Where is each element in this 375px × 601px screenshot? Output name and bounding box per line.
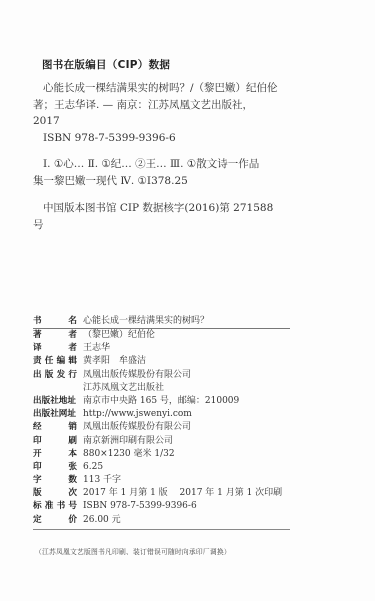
colophon-row: 出版发行凤凰出版传媒股份有限公司 bbox=[33, 369, 290, 382]
colophon-value: 南京市中央路 165 号，邮编：210009 bbox=[83, 395, 239, 408]
colophon-row: 责任编辑黄孝阳 牟盛洁 bbox=[33, 355, 290, 368]
colophon-value: 6.25 bbox=[83, 461, 103, 474]
colophon-value: 2017 年 1 月第 1 版 2017 年 1 月第 1 次印刷 bbox=[83, 487, 282, 500]
colophon-value: 凤凰出版传媒股份有限公司 bbox=[83, 421, 191, 434]
colophon-rows: 著者（黎巴嫩）纪伯伦译者王志华责任编辑黄孝阳 牟盛洁出版发行凤凰出版传媒股份有限… bbox=[33, 329, 290, 527]
bottom-rule bbox=[33, 529, 290, 530]
colophon-label: 经销 bbox=[33, 421, 77, 434]
colophon-value: （黎巴嫩）纪伯伦 bbox=[83, 329, 155, 342]
colophon-label: 出版社网址 bbox=[33, 408, 77, 421]
cip-classification-line-1: Ⅰ. ①心… Ⅱ. ①纪… ②王… Ⅲ. ①散文诗一作品 bbox=[33, 156, 278, 173]
colophon: 书 名 心能长成一棵结满果实的树吗？ 著者（黎巴嫩）纪伯伦译者王志华责任编辑黄孝… bbox=[33, 313, 290, 530]
colophon-label: 开本 bbox=[33, 448, 77, 461]
colophon-row: 出版社地址南京市中央路 165 号，邮编：210009 bbox=[33, 395, 290, 408]
cip-record: 心能长成一棵结满果实的树吗？/（黎巴嫩）纪伯伦 著；王志华译. — 南京：江苏凤… bbox=[33, 80, 278, 233]
colophon-label: 印张 bbox=[33, 461, 77, 474]
colophon-row: 版次2017 年 1 月第 1 版 2017 年 1 月第 1 次印刷 bbox=[33, 487, 290, 500]
colophon-row: 印张6.25 bbox=[33, 461, 290, 474]
colophon-row: 经销凤凰出版传媒股份有限公司 bbox=[33, 421, 290, 434]
cip-isbn: ISBN 978-7-5399-9396-6 bbox=[33, 130, 278, 147]
colophon-label: 著者 bbox=[33, 329, 77, 342]
colophon-label: 译者 bbox=[33, 342, 77, 355]
colophon-label: 版次 bbox=[33, 487, 77, 500]
colophon-value: 113 千字 bbox=[83, 474, 121, 487]
colophon-label: 字数 bbox=[33, 474, 77, 487]
colophon-row: 字数113 千字 bbox=[33, 474, 290, 487]
colophon-label: 标准书号 bbox=[33, 500, 77, 513]
cip-record-number: 中国版本图书馆 CIP 数据核字(2016)第 271588 号 bbox=[33, 200, 278, 233]
colophon-row: 标准书号ISBN 978-7-5399-9396-6 bbox=[33, 500, 290, 513]
colophon-row: 著者（黎巴嫩）纪伯伦 bbox=[33, 329, 290, 342]
colophon-row: 出版社网址http://www.jswenyi.com bbox=[33, 408, 290, 421]
colophon-label: 出版发行 bbox=[33, 369, 77, 382]
cip-entry-line-2: 著；王志华译. — 南京：江苏凤凰文艺出版社，2017 bbox=[33, 97, 278, 130]
colophon-label: 印刷 bbox=[33, 435, 77, 448]
colophon-title-row: 书 名 心能长成一棵结满果实的树吗？ bbox=[33, 313, 290, 329]
colophon-label: 出版社地址 bbox=[33, 395, 77, 408]
colophon-row: 定价26.00 元 bbox=[33, 514, 290, 527]
cip-classification-line-2: 集一黎巴嫩一现代 Ⅳ. ①I378.25 bbox=[33, 173, 278, 190]
cip-heading: 图书在版编目（CIP）数据 bbox=[42, 57, 170, 72]
colophon-row: 印刷南京新洲印刷有限公司 bbox=[33, 435, 290, 448]
colophon-value: 黄孝阳 牟盛洁 bbox=[83, 355, 146, 368]
colophon-row: 江苏凤凰文艺出版社 bbox=[33, 382, 290, 395]
colophon-value: 江苏凤凰文艺出版社 bbox=[83, 382, 164, 395]
colophon-value: http://www.jswenyi.com bbox=[83, 408, 192, 421]
colophon-label: 责任编辑 bbox=[33, 355, 77, 368]
colophon-label: 书 名 bbox=[33, 314, 77, 326]
colophon-value: 凤凰出版传媒股份有限公司 bbox=[83, 369, 191, 382]
colophon-row: 开本880×1230 毫米 1/32 bbox=[33, 448, 290, 461]
colophon-value: 880×1230 毫米 1/32 bbox=[83, 448, 175, 461]
colophon-value: 南京新洲印刷有限公司 bbox=[83, 435, 173, 448]
copyright-page: 图书在版编目（CIP）数据 心能长成一棵结满果实的树吗？/（黎巴嫩）纪伯伦 著；… bbox=[0, 0, 375, 601]
footnote: （江苏凤凰文艺版图书凡印刷、装订错误可随时向承印厂调换） bbox=[35, 546, 231, 556]
colophon-row: 译者王志华 bbox=[33, 342, 290, 355]
colophon-value: 王志华 bbox=[83, 342, 110, 355]
colophon-value: ISBN 978-7-5399-9396-6 bbox=[83, 500, 197, 513]
cip-entry-line-1: 心能长成一棵结满果实的树吗？/（黎巴嫩）纪伯伦 bbox=[33, 80, 278, 97]
colophon-value: 26.00 元 bbox=[83, 514, 121, 527]
book-title: 心能长成一棵结满果实的树吗？ bbox=[83, 313, 209, 326]
colophon-label: 定价 bbox=[33, 514, 77, 527]
